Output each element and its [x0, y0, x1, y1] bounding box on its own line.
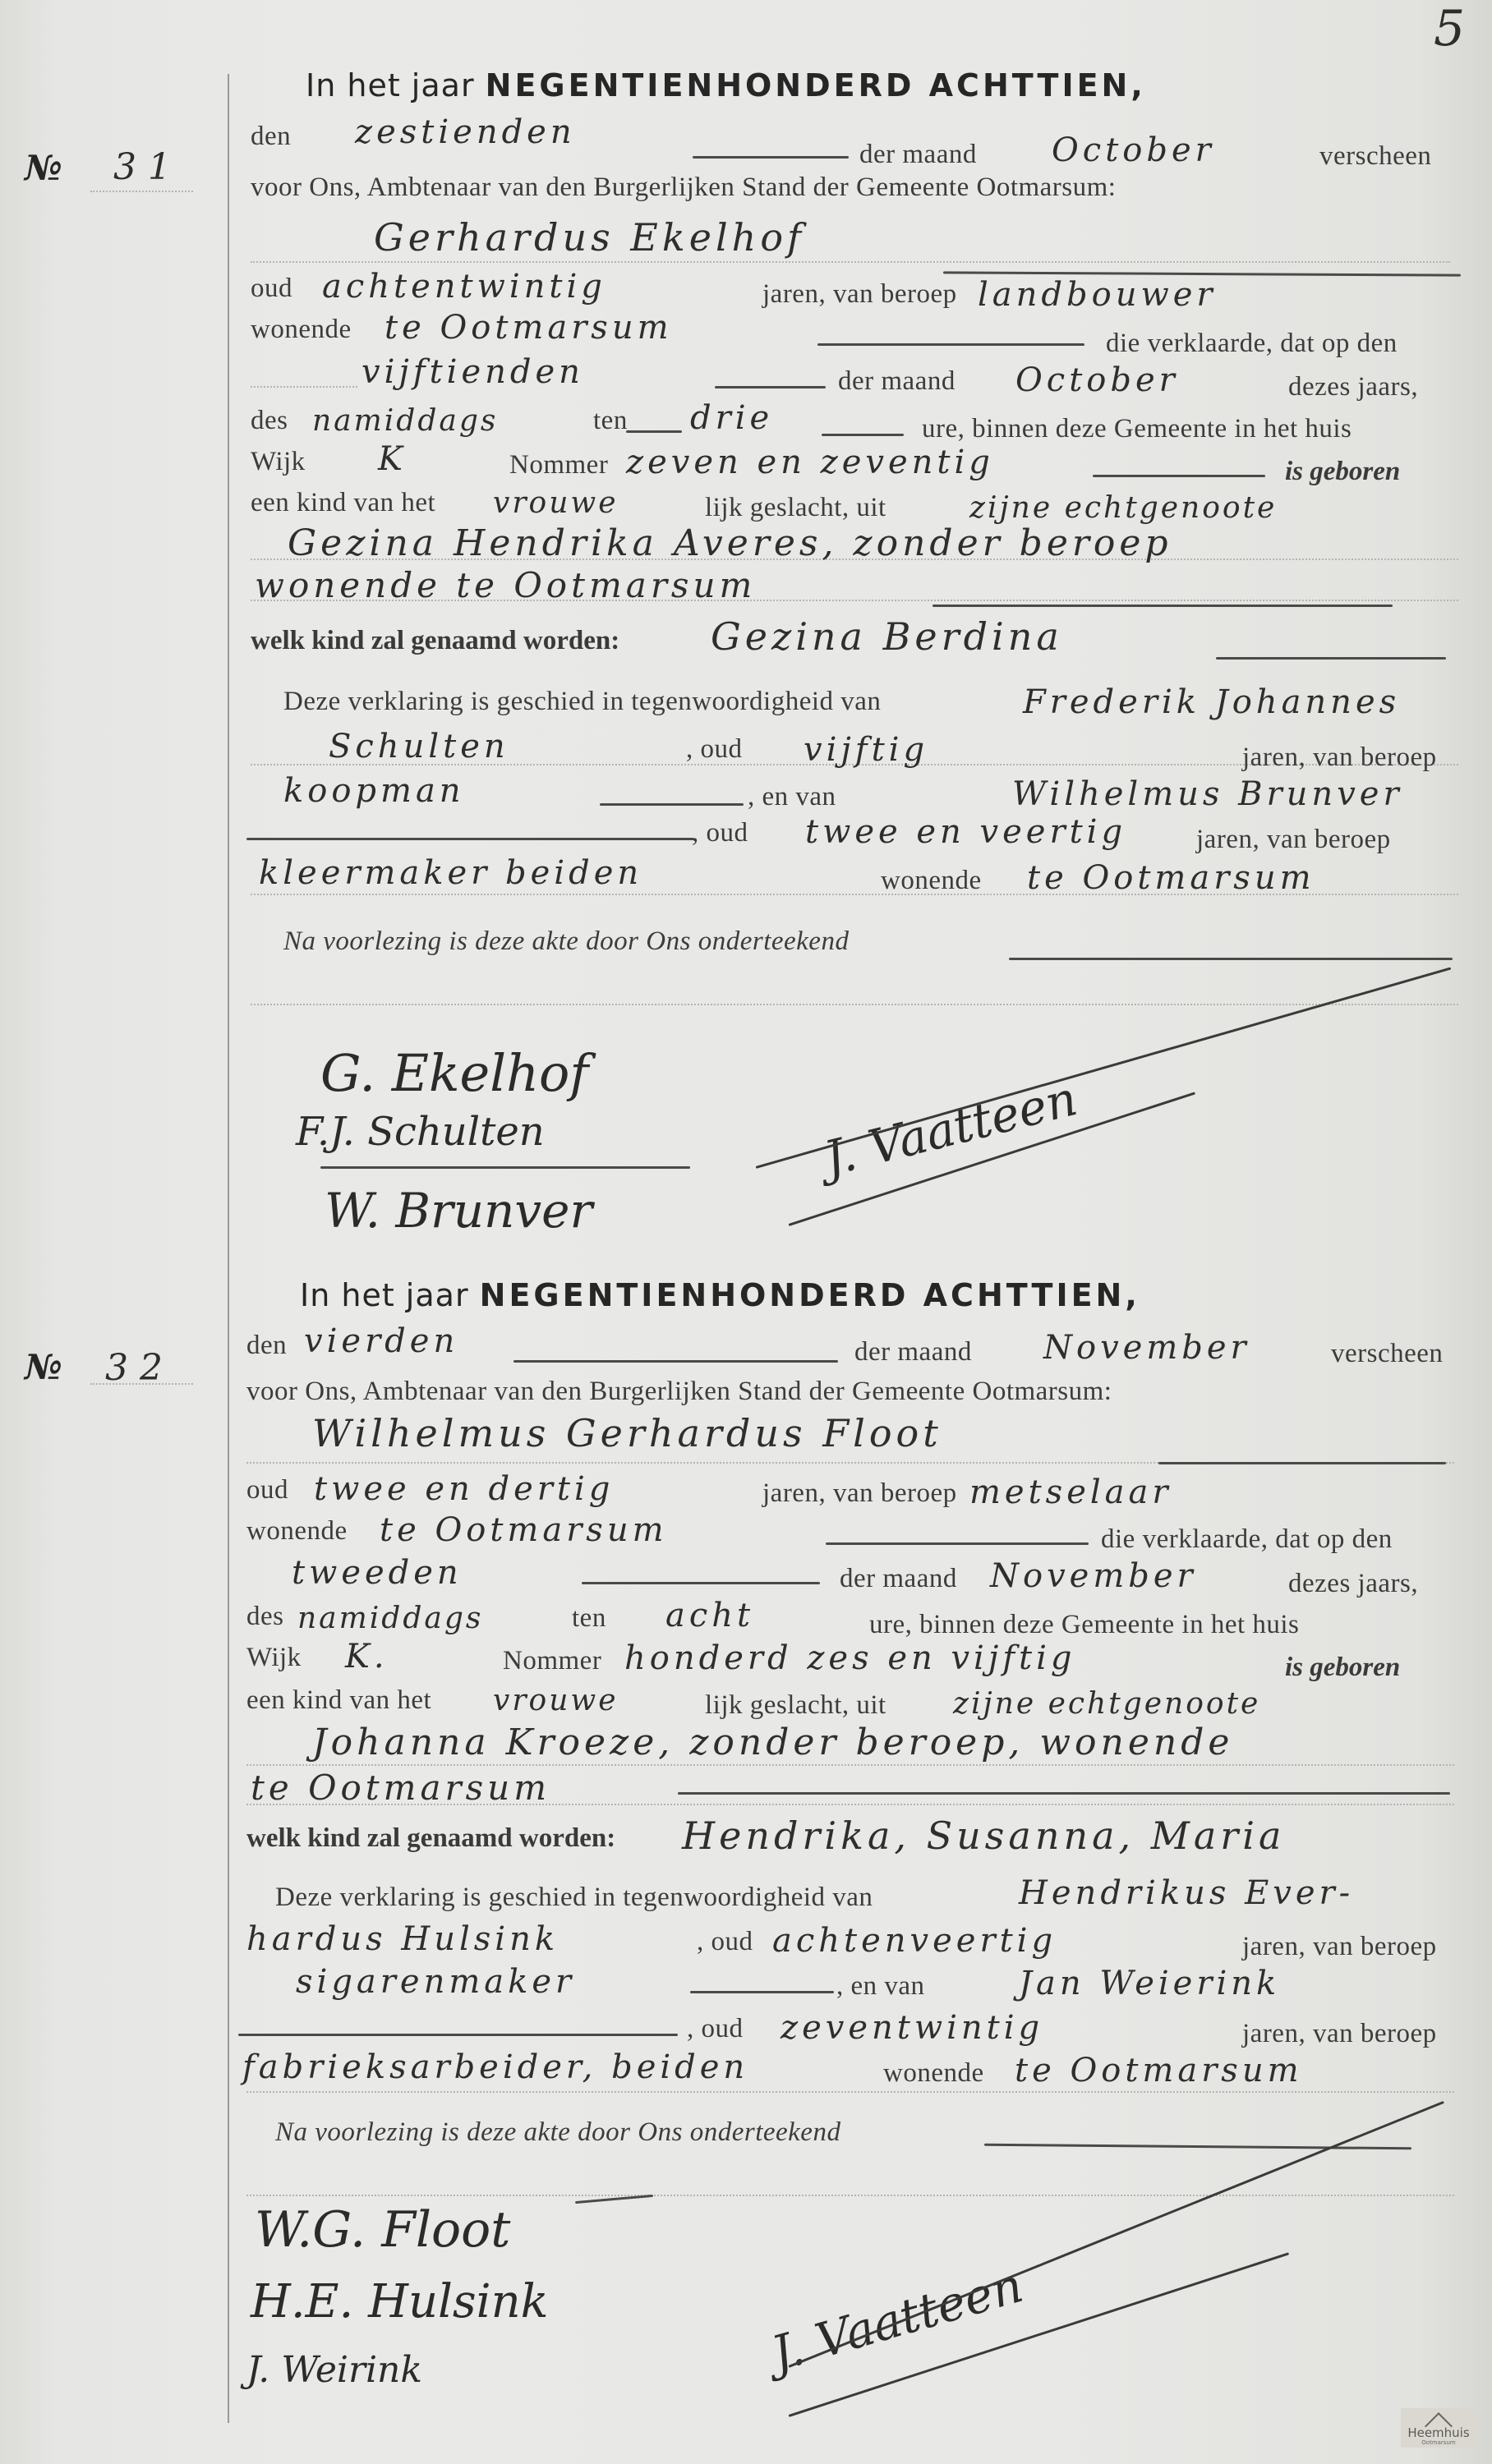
voor-ons-text: voor Ons, Ambtenaar van den Burgerlijken…: [246, 1377, 1112, 1407]
verscheen-label: verscheen: [1319, 141, 1431, 172]
signature-declarant: G. Ekelhof: [320, 1043, 588, 1103]
corner-folio-mark: 5: [1434, 0, 1465, 57]
wonende2-value: te Ootmarsum: [1027, 859, 1315, 897]
maand-value: October: [1052, 131, 1215, 169]
moeder-line2: wonende te Ootmarsum: [255, 565, 756, 605]
fill-rule: [984, 2144, 1411, 2150]
ten-label: ten: [593, 406, 628, 436]
kind-label: een kind van het: [246, 1685, 431, 1716]
fill-rule: [1009, 958, 1453, 960]
voor-ons-text: voor Ons, Ambtenaar van den Burgerlijken…: [251, 172, 1116, 203]
oud1-label: , oud: [686, 734, 743, 765]
moeder-line2: te Ootmarsum: [251, 1768, 550, 1808]
oud2-value: twee en veertig: [805, 813, 1126, 851]
wijk-label: Wijk: [251, 447, 306, 477]
des-label: des: [246, 1602, 284, 1632]
fill-rule: [246, 838, 694, 840]
jaren1-label: jaren, van beroep: [1242, 1932, 1437, 1962]
declarant-name: Gerhardus Ekelhof: [374, 215, 805, 260]
heading-prefix: In het jaar: [300, 1277, 469, 1313]
jaren2-label: jaren, van beroep: [1242, 2019, 1437, 2049]
geslacht-value: vrouwe: [493, 486, 619, 520]
oud-value: achtentwintig: [322, 268, 606, 306]
signature-witness1: H.E. Hulsink: [251, 2275, 549, 2328]
wonende-value: te Ootmarsum: [385, 309, 673, 347]
wijk-value: K: [378, 440, 407, 478]
beroep1-value: sigarenmaker: [296, 1963, 575, 2001]
geslacht-label: lijk geslacht, uit: [705, 1690, 886, 1721]
getuigen-label: Deze verklaring is geschied in tegenwoor…: [275, 1882, 873, 1913]
fill-rule: [678, 1792, 1450, 1795]
oud1-value: achtenveertig: [772, 1922, 1057, 1960]
beroep2-value: kleermaker beiden: [259, 854, 642, 892]
getuige1-line2: hardus Hulsink: [246, 1920, 559, 1958]
signature-witness1: F.J. Schulten: [296, 1109, 545, 1155]
oud2-label: , oud: [692, 818, 748, 848]
dezes-jaars-label: dezes jaars,: [1288, 1569, 1418, 1599]
fill-rule: [822, 434, 904, 436]
fill-rule: [238, 2034, 678, 2036]
watermark-subtitle: Ootmarsum: [1421, 2439, 1455, 2446]
geboortedag-value: tweeden: [292, 1554, 463, 1592]
declarant-name: Wilhelmus Gerhardus Floot: [312, 1411, 942, 1455]
fill-rule: [1158, 1462, 1446, 1464]
fill-rule: [715, 386, 826, 388]
oud2-value: zeventwintig: [781, 2009, 1043, 2047]
jaren-beroep-label: jaren, van beroep: [762, 1478, 957, 1509]
fill-rule: [817, 343, 1084, 346]
signature-underline: [320, 1166, 690, 1169]
heading-year: NEGENTIENHONDERD ACHTTIEN,: [480, 1277, 1140, 1313]
dezes-jaars-label: dezes jaars,: [1288, 372, 1418, 402]
record-number: 31: [113, 146, 182, 188]
naam-label: welk kind zal genaamd worden:: [251, 626, 619, 656]
ure-label: ure, binnen deze Gemeente in het huis: [922, 414, 1352, 444]
dotted-line: [251, 261, 1450, 263]
heading-year: NEGENTIENHONDERD ACHTTIEN,: [486, 67, 1146, 103]
moeder-line1: Johanna Kroeze, zonder beroep, wonende: [312, 1722, 1233, 1763]
den-value: vierden: [304, 1322, 458, 1360]
maand2-label: der maand: [838, 366, 956, 397]
des-label: des: [251, 406, 288, 436]
heading-prefix: In het jaar: [306, 67, 475, 103]
fill-rule: [626, 430, 682, 433]
signature-official: J. Vaatteen: [766, 2257, 1029, 2382]
moeder-intro: zijne echtgenoote: [953, 1687, 1260, 1721]
beroep2-value: fabrieksarbeider, beiden: [242, 2048, 748, 2086]
des-value: namiddags: [312, 404, 498, 438]
en-van-label: , en van: [748, 782, 836, 812]
record-heading: In het jaar NEGENTIENHONDERD ACHTTIEN,: [306, 67, 1146, 103]
oud-value: twee en dertig: [314, 1470, 614, 1508]
jaren-beroep-label: jaren, van beroep: [762, 279, 957, 310]
getuige1-line1: Frederik Johannes: [1023, 683, 1400, 721]
wonende-label: wonende: [251, 315, 352, 345]
getuige2-name: Wilhelmus Brunver: [1012, 775, 1403, 813]
naam-label: welk kind zal genaamd worden:: [246, 1823, 615, 1854]
voorlezing-text: Na voorlezing is deze akte door Ons onde…: [275, 2117, 840, 2148]
beroep-value: metselaar: [969, 1473, 1172, 1511]
dotted-line: [246, 1764, 1454, 1766]
oud-label: oud: [246, 1475, 288, 1506]
getuige2-name: Jan Weierink: [1019, 1965, 1280, 2002]
verklaarde-label: die verklaarde, dat op den: [1106, 329, 1398, 359]
jaren2-label: jaren, van beroep: [1196, 825, 1391, 855]
signature-official: J. Vaatteen: [818, 1070, 1082, 1187]
en-van-label: , en van: [836, 1971, 925, 2002]
uur-value: drie: [690, 399, 773, 437]
nommer-value: honderd zes en vijftig: [624, 1639, 1076, 1677]
signature-declarant: W.G. Floot: [255, 2201, 510, 2259]
geboortedag-value: vijftienden: [361, 353, 584, 391]
wonende2-label: wonende: [883, 2058, 984, 2089]
dotted-line: [246, 2091, 1454, 2093]
dotted-line: [251, 1004, 1458, 1005]
maand2-label: der maand: [840, 1564, 957, 1594]
ten-label: ten: [572, 1603, 606, 1634]
den-value: zestienden: [355, 113, 576, 151]
maand2-value: November: [990, 1557, 1197, 1595]
wonende2-label: wonende: [881, 866, 982, 896]
moeder-line1: Gezina Hendrika Averes, zonder beroep: [288, 522, 1172, 564]
register-page: 5 № 31 In het jaar NEGENTIENHONDERD ACHT…: [0, 0, 1492, 2464]
nommer-label: Nommer: [509, 450, 608, 480]
fill-rule: [513, 1360, 838, 1363]
dotted-line: [246, 2195, 1454, 2196]
geslacht-value: vrouwe: [493, 1684, 619, 1717]
fill-rule: [1093, 475, 1265, 477]
fill-rule: [690, 1991, 834, 1993]
signature-flourish: [788, 2101, 1444, 2368]
nommer-value: zeven en zeventig: [626, 444, 994, 481]
child-name: Gezina Berdina: [711, 614, 1063, 659]
verklaarde-label: die verklaarde, dat op den: [1101, 1524, 1393, 1555]
des-value: namiddags: [297, 1602, 483, 1635]
record-number-label: №: [25, 148, 62, 188]
moeder-intro: zijne echtgenoote: [969, 491, 1277, 525]
getuige1-line2: Schulten: [329, 728, 509, 765]
oud2-label: , oud: [687, 2014, 744, 2044]
geboren-label: is geboren: [1285, 1653, 1400, 1683]
voorlezing-text: Na voorlezing is deze akte door Ons onde…: [283, 926, 849, 957]
verscheen-label: verscheen: [1331, 1339, 1443, 1369]
geslacht-label: lijk geslacht, uit: [705, 493, 886, 523]
fill-rule: [1216, 657, 1446, 660]
margin-rule: [228, 74, 229, 2423]
beroep1-value: koopman: [283, 772, 465, 810]
wonende2-value: te Ootmarsum: [1015, 2052, 1303, 2089]
dotted-line: [90, 191, 193, 192]
record-number-label: №: [25, 1347, 62, 1387]
kind-label: een kind van het: [251, 488, 435, 518]
child-name: Hendrika, Susanna, Maria: [682, 1814, 1285, 1858]
wonende-value: te Ootmarsum: [380, 1511, 668, 1549]
den-label: den: [246, 1331, 287, 1361]
oud1-value: vijftig: [804, 731, 928, 769]
fill-rule: [582, 1582, 820, 1584]
dotted-line: [90, 1383, 193, 1385]
maand-label: der maand: [859, 140, 977, 170]
fill-rule: [932, 605, 1393, 607]
signature-witness2: J. Weirink: [246, 2349, 422, 2391]
wijk-value: K.: [345, 1638, 389, 1676]
wijk-label: Wijk: [246, 1643, 302, 1673]
uur-value: acht: [665, 1597, 754, 1634]
getuige1-line1: Hendrikus Ever-: [1019, 1874, 1354, 1912]
ure-label: ure, binnen deze Gemeente in het huis: [869, 1610, 1299, 1640]
fill-rule: [600, 803, 744, 806]
record-heading: In het jaar NEGENTIENHONDERD ACHTTIEN,: [300, 1277, 1140, 1313]
maand-value: November: [1043, 1329, 1250, 1367]
nommer-label: Nommer: [503, 1646, 601, 1676]
jaren1-label: jaren, van beroep: [1242, 742, 1437, 773]
signature-witness2: W. Brunver: [325, 1183, 592, 1239]
fill-rule: [826, 1542, 1089, 1545]
getuigen-label: Deze verklaring is geschied in tegenwoor…: [283, 687, 881, 717]
den-label: den: [251, 122, 291, 152]
oud-label: oud: [251, 274, 292, 304]
fill-rule: [693, 156, 849, 159]
heemhuis-watermark-logo: Heemhuis Ootmarsum: [1401, 2408, 1476, 2448]
beroep-value: landbouwer: [978, 276, 1217, 314]
wonende-label: wonende: [246, 1516, 348, 1547]
maand-label: der maand: [854, 1337, 972, 1368]
geboren-label: is geboren: [1285, 457, 1400, 487]
maand2-value: October: [1015, 361, 1179, 399]
dotted-line: [251, 386, 357, 388]
signature-flourish: [756, 967, 1452, 1168]
oud1-label: , oud: [697, 1927, 753, 1957]
